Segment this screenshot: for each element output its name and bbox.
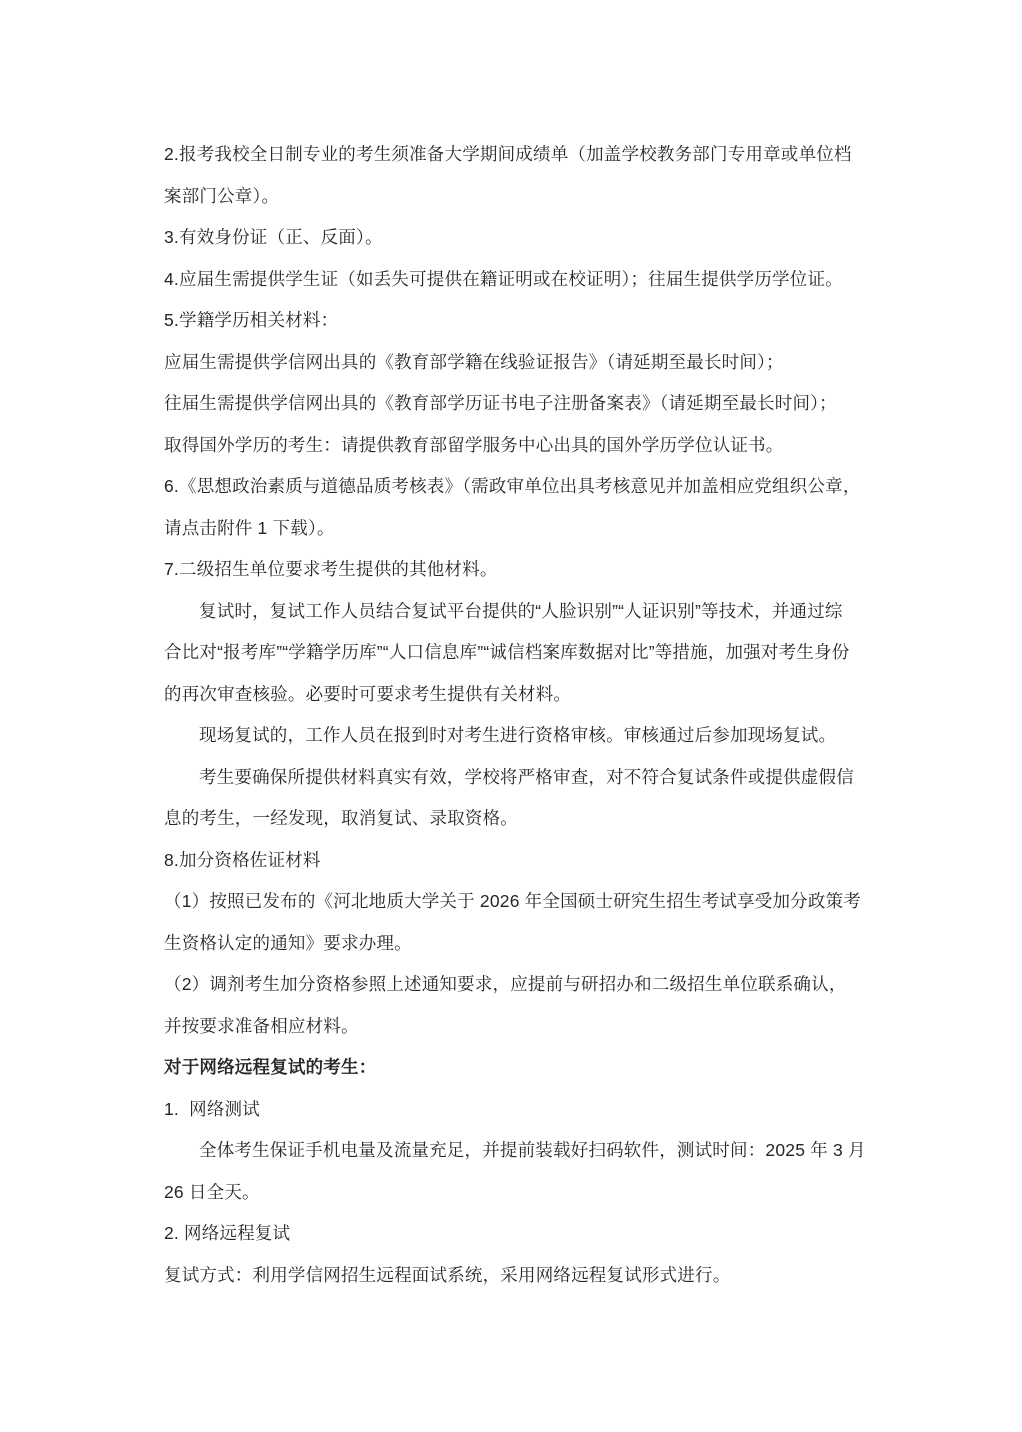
text-line: 取得国外学历的考生：请提供教育部留学服务中心出具的国外学历学位认证书。 (164, 425, 864, 467)
text-line: 8.加分资格佐证材料 (164, 840, 864, 882)
text-line: 6.《思想政治素质与道德品质考核表》（需政审单位出具考核意见并加盖相应党组织公章… (164, 466, 864, 508)
text-line: 4.应届生需提供学生证（如丢失可提供在籍证明或在校证明）；往届生提供学历学位证。 (164, 259, 864, 301)
text-line: （1）按照已发布的《河北地质大学关于 2026 年全国硕士研究生招生考试享受加分… (164, 881, 864, 923)
text-line: 请点击附件 1 下载）。 (164, 508, 864, 550)
text-line: 全体考生保证手机电量及流量充足，并提前装载好扫码软件，测试时间：2025 年 3… (164, 1130, 864, 1172)
text-line: 5.学籍学历相关材料： (164, 300, 864, 342)
text-line: 2. 网络远程复试 (164, 1213, 864, 1255)
text-line: 1. 网络测试 (164, 1089, 864, 1131)
text-line: 26 日全天。 (164, 1172, 864, 1214)
document-text-block: 2.报考我校全日制专业的考生须准备大学期间成绩单（加盖学校教务部门专用章或单位档… (164, 134, 864, 1296)
text-line: 合比对“报考库”“学籍学历库”“人口信息库”“诚信档案库数据对比”等措施，加强对… (164, 632, 864, 674)
text-line: 的再次审查核验。必要时可要求考生提供有关材料。 (164, 674, 864, 716)
text-line: 复试时，复试工作人员结合复试平台提供的“人脸识别”“人证识别”等技术，并通过综 (164, 591, 864, 633)
text-line: （2）调剂考生加分资格参照上述通知要求，应提前与研招办和二级招生单位联系确认， (164, 964, 864, 1006)
text-line: 应届生需提供学信网出具的《教育部学籍在线验证报告》（请延期至最长时间）； (164, 342, 864, 384)
text-line: 案部门公章）。 (164, 176, 864, 218)
text-line: 复试方式：利用学信网招生远程面试系统，采用网络远程复试形式进行。 (164, 1255, 864, 1297)
text-line: 息的考生，一经发现，取消复试、录取资格。 (164, 798, 864, 840)
text-line: 3.有效身份证（正、反面）。 (164, 217, 864, 259)
text-line: 7.二级招生单位要求考生提供的其他材料。 (164, 549, 864, 591)
text-line: 并按要求准备相应材料。 (164, 1006, 864, 1048)
text-line: 2.报考我校全日制专业的考生须准备大学期间成绩单（加盖学校教务部门专用章或单位档 (164, 134, 864, 176)
text-line: 往届生需提供学信网出具的《教育部学历证书电子注册备案表》（请延期至最长时间）； (164, 383, 864, 425)
text-line: 现场复试的，工作人员在报到时对考生进行资格审核。审核通过后参加现场复试。 (164, 715, 864, 757)
section-heading: 对于网络远程复试的考生： (164, 1047, 864, 1089)
document-page: 2.报考我校全日制专业的考生须准备大学期间成绩单（加盖学校教务部门专用章或单位档… (0, 0, 1022, 1432)
text-line: 考生要确保所提供材料真实有效，学校将严格审查，对不符合复试条件或提供虚假信 (164, 757, 864, 799)
text-line: 生资格认定的通知》要求办理。 (164, 923, 864, 965)
